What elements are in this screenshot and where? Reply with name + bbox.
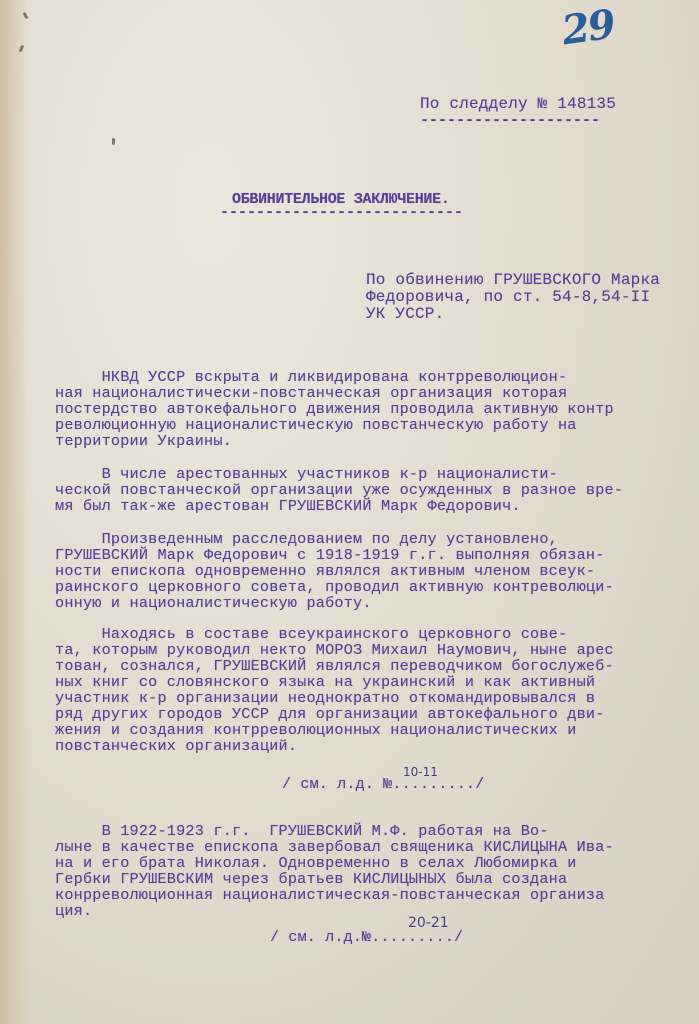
handwritten-page-numbers-1: 10-11 — [403, 765, 438, 779]
paragraph-4: Находясь в составе всеукраинского церков… — [55, 626, 614, 754]
paper-speck — [22, 12, 28, 20]
folio-number: 29 — [559, 1, 617, 55]
charge-line: УК УССР. — [366, 305, 444, 323]
paragraph-5: В 1922-1923 г.г. ГРУШЕВСКИЙ М.Ф. работая… — [55, 823, 614, 919]
charge-line: По обвинению ГРУШЕВСКОГО Марка — [366, 271, 660, 289]
paragraph-3: Произведенным расследованием по делу уст… — [55, 531, 614, 611]
handwritten-page-numbers-2: 20-21 — [408, 915, 449, 931]
case-reference: По следделу № 148135 — [420, 96, 616, 112]
text-line: территории Украины. — [55, 432, 232, 450]
paragraph-2: В числе арестованных участников к-р наци… — [55, 466, 623, 514]
case-file-reference-1: / см. л.д. №........./ — [282, 777, 484, 793]
text-line: ция. — [55, 902, 92, 920]
document-page: 29 По следделу № 148135 ----------------… — [0, 0, 699, 1024]
case-reference-underline: -------------------- — [420, 113, 600, 129]
text-line: онную и националистическую работу. — [55, 594, 372, 612]
paragraph-1: НКВД УССР вскрыта и ликвидирована контрр… — [55, 369, 614, 449]
document-title-underline: --------------------------- — [220, 205, 463, 221]
case-file-reference-2: / см. л.д.№........./ — [270, 930, 463, 946]
text-line: повстанческих организаций. — [55, 737, 297, 755]
paper-speck — [112, 138, 115, 145]
text-line: мя был так-же арестован ГРУШЕВСКИЙ Марк … — [55, 497, 521, 515]
text-line: конрреволюционная националистическая-пов… — [55, 886, 605, 904]
charge-block: По обвинению ГРУШЕВСКОГО Марка Федорович… — [366, 272, 660, 323]
paper-speck — [19, 45, 24, 53]
charge-line: Федоровича, по ст. 54-8,54-II — [366, 288, 650, 306]
